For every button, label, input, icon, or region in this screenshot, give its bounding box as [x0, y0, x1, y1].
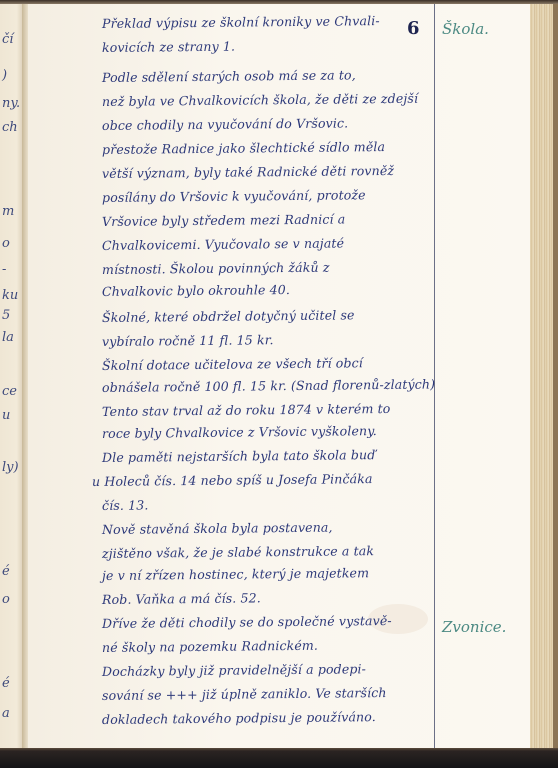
text-line: místnosti. Školou povinných žáků z [102, 260, 330, 277]
left-page-fragment: - [2, 262, 6, 277]
left-page-fragment: la [2, 330, 14, 345]
text-line: u Holeců čís. 14 nebo spíš u Josefa Pinč… [92, 471, 373, 489]
text-line: Vršovice byly středem mezi Radnicí a [102, 211, 345, 229]
text-line: Rob. Vaňka a má čís. 52. [102, 590, 261, 607]
left-page-fragment: a [2, 706, 10, 721]
left-page-fragment: ) [2, 68, 7, 83]
page-number: 6 [407, 18, 420, 39]
text-line: přestože Radnice jako šlechtické sídlo m… [102, 139, 385, 157]
left-page-fragment: ce [2, 384, 17, 399]
left-page-fragment: o [2, 592, 10, 607]
left-page-fragment: é [2, 676, 10, 691]
text-line: Překlad výpisu ze školní kroniky ve Chva… [102, 13, 380, 31]
text-line: Dříve že děti chodily se do společné vys… [102, 613, 392, 631]
book-bottom-edge [0, 748, 558, 768]
text-line: větší význam, byly také Radnické děti ro… [102, 163, 394, 181]
left-page-fragment: ch [2, 120, 18, 135]
left-page-fragment: m [2, 204, 14, 219]
text-line: Dle paměti nejstarších byla tato škola b… [102, 447, 376, 465]
text-line: Školné, které obdržel dotyčný učitel se [102, 307, 355, 325]
left-page-fragment: u [2, 408, 10, 423]
margin-note-school: Škola. [442, 20, 489, 38]
chronicle-book: čí ) ny. ch m o - ku 5 la ce u ly) é o é… [0, 0, 558, 752]
text-line: obce chodily na vyučování do Vršovic. [102, 115, 348, 133]
text-line: zjištěno však, že je slabé konstrukce a … [102, 543, 374, 561]
left-page-fragment: ny. [2, 96, 20, 111]
book-page-edges [530, 4, 558, 748]
text-line: kovicích ze strany 1. [102, 39, 235, 55]
text-line: Nově stavěná škola byla postavena, [102, 520, 333, 537]
text-line: čís. 13. [102, 498, 149, 513]
text-line: Podle sdělení starých osob má se za to, [102, 67, 356, 85]
text-line: né školy na pozemku Radnickém. [102, 638, 318, 655]
left-page-fragment: 5 [2, 308, 10, 323]
text-line: Chvalkovic bylo okrouhle 40. [102, 282, 290, 299]
left-page-fragment: ku [2, 288, 18, 303]
left-page-fragment: čí [2, 32, 13, 47]
text-line: Docházky byly již pravidelnější a podepi… [102, 661, 366, 679]
left-page-edge: čí ) ny. ch m o - ku 5 la ce u ly) é o é… [0, 4, 24, 748]
text-line: posílány do Vršovic k vyučování, protože [102, 187, 366, 205]
left-page-fragment: é [2, 564, 10, 579]
text-line: Školní dotace učitelova ze všech tří obc… [102, 355, 363, 373]
text-line: dokladech takového podpisu je používáno. [102, 709, 376, 727]
text-line: Tento stav trval až do roku 1874 v které… [102, 401, 391, 419]
text-line: vybíralo ročně 11 fl. 15 kr. [102, 332, 274, 349]
left-page-fragment: o [2, 236, 10, 251]
margin-note-belfry: Zvonice. [442, 618, 506, 636]
text-line: Chvalkovicemi. Vyučovalo se v najaté [102, 235, 344, 253]
text-line: roce byly Chvalkovice z Vršovic vyškolen… [102, 423, 377, 441]
text-line: je v ní zřízen hostinec, který je majetk… [102, 565, 369, 583]
text-line: sování se +++ již úplně zaniklo. Ve star… [102, 685, 387, 703]
left-page-fragment: ly) [2, 460, 19, 475]
